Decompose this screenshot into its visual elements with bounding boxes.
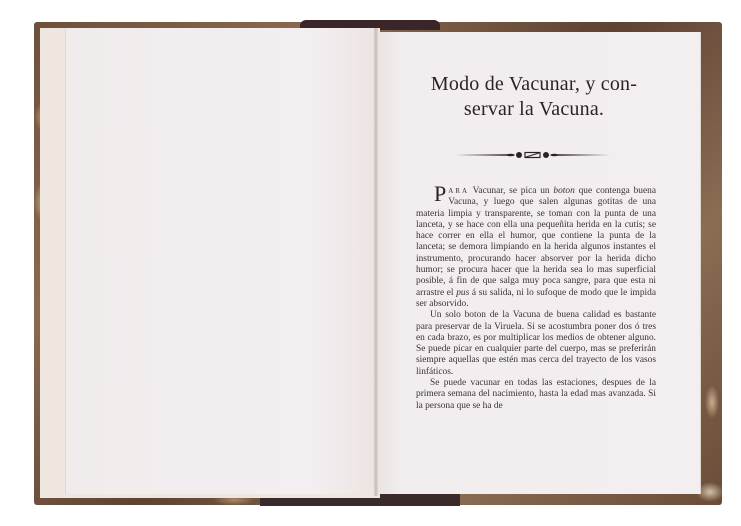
paragraph-3: Se puede vacunar en todas las estaciones… <box>416 378 656 412</box>
small-caps: ARA <box>448 187 469 195</box>
page-body: PARA Vacunar, se pica un boton que conte… <box>416 186 656 412</box>
italic-text: pus <box>456 288 469 298</box>
paragraph-1: PARA Vacunar, se pica un boton que conte… <box>416 186 656 310</box>
italic-text: boton <box>553 186 574 196</box>
title-line-1: Modo de Vacunar, y con- <box>410 72 658 97</box>
text: que contenga buena Vacuna, y luego que s… <box>416 186 656 298</box>
paragraph-2: Un solo boton de la Vacuna de buena cali… <box>416 310 656 378</box>
left-page-blank <box>65 28 377 494</box>
title-line-2: servar la Vacuna. <box>410 97 658 122</box>
ornament-rule-icon <box>455 150 610 160</box>
page-title: Modo de Vacunar, y con- servar la Vacuna… <box>410 72 658 122</box>
book-gutter <box>374 28 378 496</box>
drop-cap: P <box>434 186 446 202</box>
text: Vacunar, se pica un <box>469 186 553 196</box>
